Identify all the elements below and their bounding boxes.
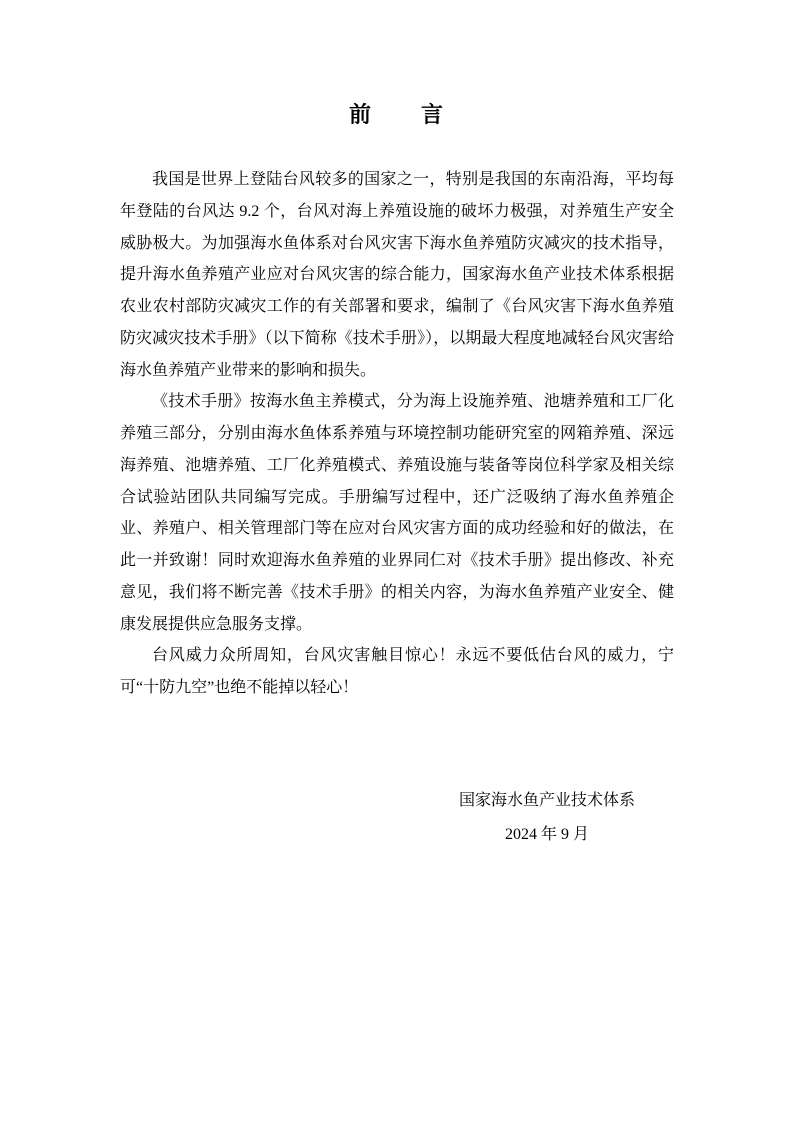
signature-block: 国家海水鱼产业技术体系 2024 年 9 月 [459,784,635,852]
signature-date: 2024 年 9 月 [459,818,635,852]
paragraph-3: 台风威力众所周知，台风灾害触目惊心！永远不要低估台风的威力，宁可“十防九空”也绝… [120,640,674,704]
signature-organization: 国家海水鱼产业技术体系 [459,784,635,818]
page-title: 前 言 [0,0,794,130]
paragraph-1: 我国是世界上登陆台风较多的国家之一，特别是我国的东南沿海，平均每年登陆的台风达 … [120,164,674,386]
document-page: 前 言 我国是世界上登陆台风较多的国家之一，特别是我国的东南沿海，平均每年登陆的… [0,0,794,1123]
paragraph-2: 《技术手册》按海水鱼主养模式，分为海上设施养殖、池塘养殖和工厂化养殖三部分，分别… [120,386,674,640]
preface-body: 我国是世界上登陆台风较多的国家之一，特别是我国的东南沿海，平均每年登陆的台风达 … [120,164,674,852]
